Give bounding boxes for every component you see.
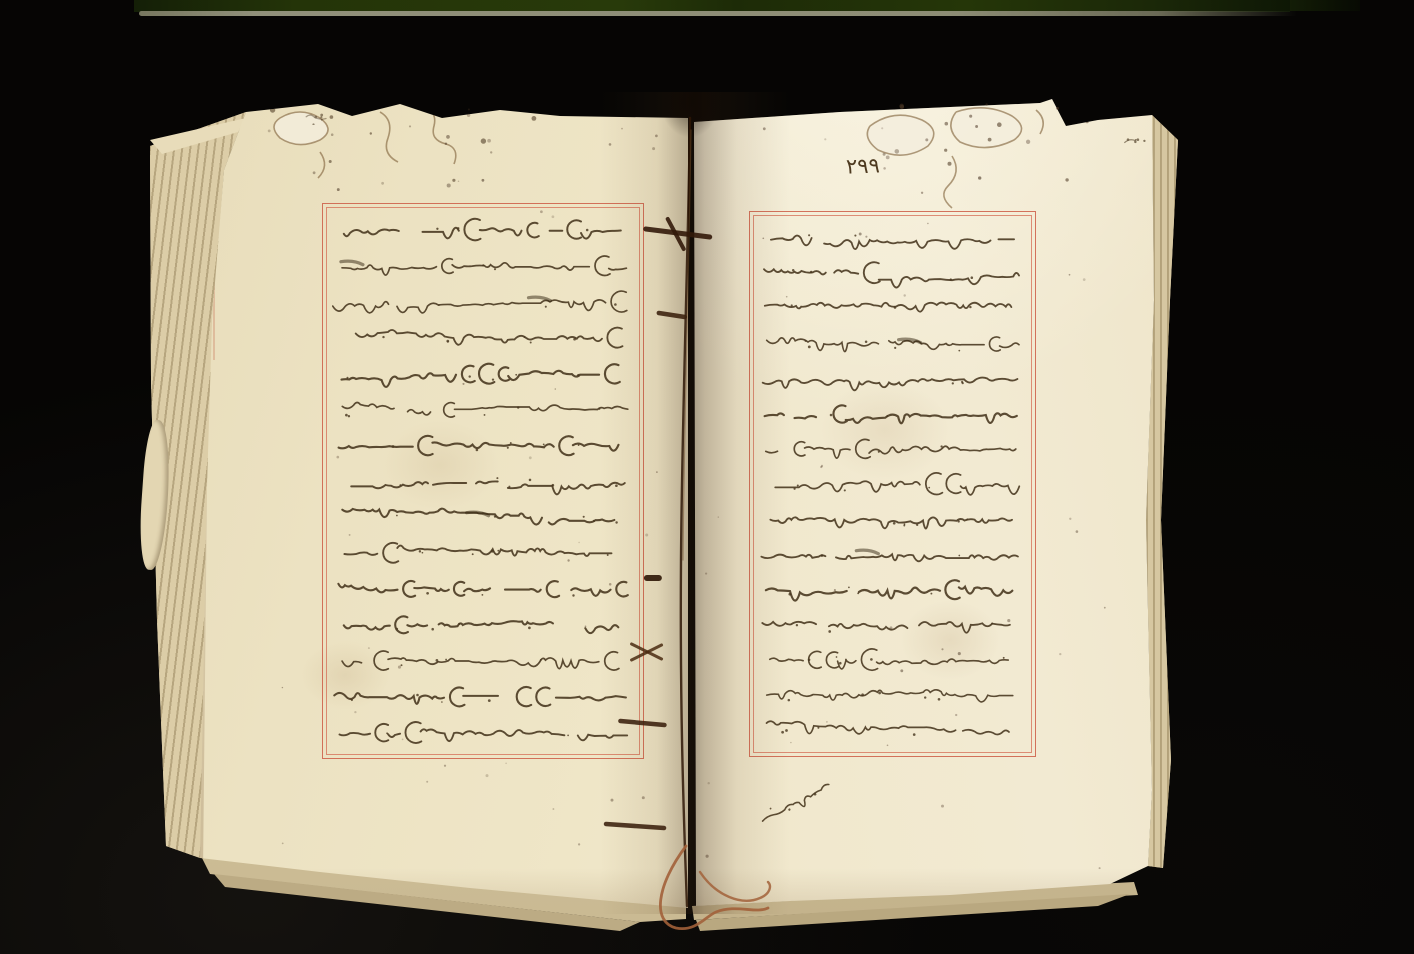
text-line bbox=[332, 392, 634, 426]
film-strip-edge-line bbox=[139, 11, 1297, 16]
text-line bbox=[759, 290, 1026, 324]
text-line bbox=[332, 679, 634, 713]
text-line bbox=[759, 220, 1026, 254]
text-line bbox=[332, 715, 634, 749]
text-line bbox=[332, 643, 634, 677]
text-line bbox=[759, 713, 1026, 747]
left-text-lines bbox=[332, 212, 634, 749]
text-line bbox=[332, 499, 634, 533]
text-line bbox=[332, 535, 634, 569]
text-line bbox=[332, 463, 634, 497]
text-line bbox=[759, 431, 1026, 465]
text-line bbox=[332, 320, 634, 354]
photo-stage: ٢٩٩ bbox=[0, 0, 1414, 954]
text-line bbox=[759, 466, 1026, 500]
text-line bbox=[759, 361, 1026, 395]
text-line bbox=[759, 396, 1026, 430]
right-text-block bbox=[749, 211, 1036, 757]
text-line bbox=[332, 428, 634, 462]
paper-damage-right-top bbox=[856, 86, 1096, 216]
corner-ink-marks bbox=[296, 110, 340, 126]
right-text-lines bbox=[759, 220, 1026, 747]
text-line bbox=[332, 356, 634, 390]
left-text-block bbox=[322, 203, 644, 759]
text-line bbox=[759, 642, 1026, 676]
catchword bbox=[748, 764, 852, 843]
text-line bbox=[759, 678, 1026, 712]
text-line bbox=[332, 284, 634, 318]
text-line bbox=[332, 212, 634, 246]
text-line bbox=[759, 326, 1026, 360]
text-line bbox=[759, 537, 1026, 571]
page-number: ٢٩٩ bbox=[846, 153, 881, 178]
text-line bbox=[759, 572, 1026, 606]
text-line bbox=[759, 607, 1026, 641]
text-line bbox=[332, 248, 634, 282]
film-strip-tail bbox=[1290, 0, 1360, 11]
text-line bbox=[759, 255, 1026, 289]
text-line bbox=[759, 502, 1026, 536]
text-line bbox=[332, 571, 634, 605]
text-line bbox=[332, 607, 634, 641]
